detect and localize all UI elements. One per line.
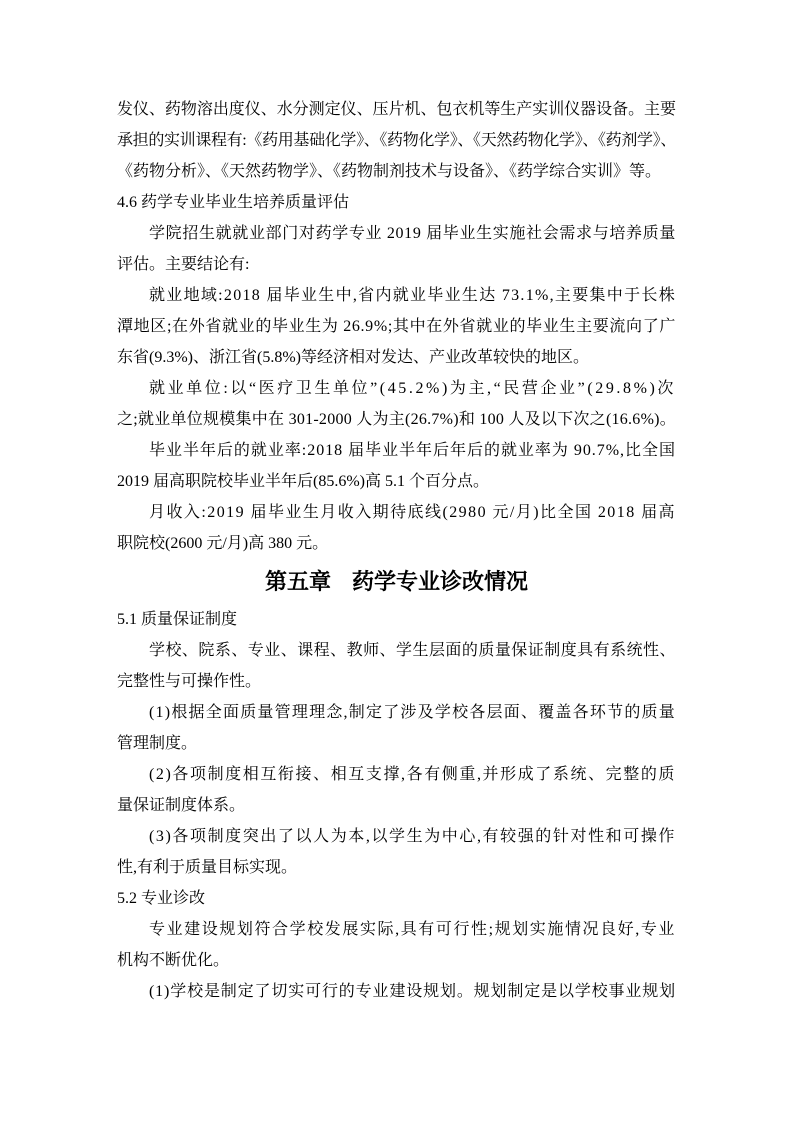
text-line: 东省(9.3%)、浙江省(5.8%)等经济相对发达、产业改革较快的地区。 — [117, 342, 676, 373]
text-line: (1)根据全面质量管理理念,制定了涉及学校各层面、覆盖各环节的质量 — [117, 697, 676, 728]
text-run: 2019 届高职院校毕业半年后(85.6%)高 5.1 个百分点。 — [117, 473, 489, 490]
text-run: 性,有利于质量目标实现。 — [117, 859, 297, 876]
document-page: 发仪、药物溶出度仪、水分测定仪、压片机、包衣机等生产实训仪器设备。主要承担的实训… — [0, 0, 793, 1122]
text-line: 就业单位:以“医疗卫生单位”(45.2%)为主,“民营企业”(29.8%)次 — [117, 373, 676, 404]
text-run: (3)各项制度突出了以人为本,以学生为中心,有较强的针对性和可操作 — [149, 828, 676, 845]
text-line: (2)各项制度相互衔接、相互支撑,各有侧重,并形成了系统、完整的质 — [117, 759, 676, 790]
text-line: 就业地域:2018 届毕业生中,省内就业毕业生达 73.1%,主要集中于长株 — [117, 280, 676, 311]
text-line: 潭地区;在外省就业的毕业生为 26.9%;其中在外省就业的毕业生主要流向了广 — [117, 311, 676, 342]
text-line: 机构不断优化。 — [117, 945, 676, 976]
text-line: 《药物分析》、《天然药物学》、《药物制剂技术与设备》、《药学综合实训》等。 — [117, 156, 676, 187]
text-run: 量保证制度体系。 — [117, 797, 245, 814]
chapter-number: 第五章 — [265, 569, 331, 594]
text-line: 职院校(2600 元/月)高 380 元。 — [117, 528, 676, 559]
text-line: 2019 届高职院校毕业半年后(85.6%)高 5.1 个百分点。 — [117, 466, 676, 497]
text-run: 之;就业单位规模集中在 301-2000 人为主(26.7%)和 100 人及以… — [117, 411, 676, 428]
text-run: 承担的实训课程有:《药用基础化学》、《药物化学》、《天然药物化学》、《药剂学》、 — [117, 132, 676, 149]
text-run: 评估。主要结论有: — [117, 256, 249, 273]
text-line: 学院招生就就业部门对药学专业 2019 届毕业生实施社会需求与培养质量 — [117, 218, 676, 249]
section-heading: 5.2 专业诊改 — [117, 883, 676, 914]
text-line: 性,有利于质量目标实现。 — [117, 852, 676, 883]
text-run: 专业建设规划符合学校发展实际,具有可行性;规划实施情况良好,专业 — [149, 921, 676, 938]
text-run: 就业单位:以“医疗卫生单位”(45.2%)为主,“民营企业”(29.8%)次 — [149, 380, 676, 397]
section-heading: 4.6 药学专业毕业生培养质量评估 — [117, 187, 676, 218]
text-run: 潭地区;在外省就业的毕业生为 26.9%;其中在外省就业的毕业生主要流向了广 — [117, 318, 676, 335]
text-run: 职院校(2600 元/月)高 380 元。 — [117, 535, 328, 552]
text-line: 承担的实训课程有:《药用基础化学》、《药物化学》、《天然药物化学》、《药剂学》、 — [117, 125, 676, 156]
text-line: 专业建设规划符合学校发展实际,具有可行性;规划实施情况良好,专业 — [117, 914, 676, 945]
text-line: 发仪、药物溶出度仪、水分测定仪、压片机、包衣机等生产实训仪器设备。主要 — [117, 94, 676, 125]
text-run: 就业地域:2018 届毕业生中,省内就业毕业生达 73.1%,主要集中于长株 — [149, 287, 676, 304]
document-content: 发仪、药物溶出度仪、水分测定仪、压片机、包衣机等生产实训仪器设备。主要承担的实训… — [117, 94, 676, 1007]
text-run: 毕业半年后的就业率:2018 届毕业半年后年后的就业率为 90.7%,比全国 — [149, 442, 676, 459]
text-run: (1)学校是制定了切实可行的专业建设规划。规划制定是以学校事业规划 — [149, 983, 676, 1000]
text-run: 学校、院系、专业、课程、教师、学生层面的质量保证制度具有系统性、 — [149, 642, 676, 659]
text-line: 毕业半年后的就业率:2018 届毕业半年后年后的就业率为 90.7%,比全国 — [117, 435, 676, 466]
text-run: (2)各项制度相互衔接、相互支撑,各有侧重,并形成了系统、完整的质 — [149, 766, 676, 783]
chapter-title: 药学专业诊改情况 — [352, 569, 528, 594]
text-line: 完整性与可操作性。 — [117, 666, 676, 697]
text-line: 月收入:2019 届毕业生月收入期待底线(2980 元/月)比全国 2018 届… — [117, 497, 676, 528]
text-run: 学院招生就就业部门对药学专业 2019 届毕业生实施社会需求与培养质量 — [149, 225, 676, 242]
text-run: 东省(9.3%)、浙江省(5.8%)等经济相对发达、产业改革较快的地区。 — [117, 349, 589, 366]
text-line: 量保证制度体系。 — [117, 790, 676, 821]
text-run: 发仪、药物溶出度仪、水分测定仪、压片机、包衣机等生产实训仪器设备。主要 — [117, 101, 676, 118]
chapter-heading: 第五章药学专业诊改情况 — [117, 559, 676, 604]
text-line: (3)各项制度突出了以人为本,以学生为中心,有较强的针对性和可操作 — [117, 821, 676, 852]
text-run: (1)根据全面质量管理理念,制定了涉及学校各层面、覆盖各环节的质量 — [149, 704, 676, 721]
section-heading: 5.1 质量保证制度 — [117, 604, 676, 635]
text-line: 评估。主要结论有: — [117, 249, 676, 280]
text-run: 完整性与可操作性。 — [117, 673, 261, 690]
text-line: (1)学校是制定了切实可行的专业建设规划。规划制定是以学校事业规划 — [117, 976, 676, 1007]
text-line: 之;就业单位规模集中在 301-2000 人为主(26.7%)和 100 人及以… — [117, 404, 676, 435]
text-line: 管理制度。 — [117, 728, 676, 759]
text-line: 学校、院系、专业、课程、教师、学生层面的质量保证制度具有系统性、 — [117, 635, 676, 666]
text-run: 月收入:2019 届毕业生月收入期待底线(2980 元/月)比全国 2018 届… — [149, 504, 676, 521]
text-run: 《药物分析》、《天然药物学》、《药物制剂技术与设备》、《药学综合实训》等。 — [117, 163, 661, 180]
text-run: 管理制度。 — [117, 735, 197, 752]
text-run: 机构不断优化。 — [117, 952, 229, 969]
